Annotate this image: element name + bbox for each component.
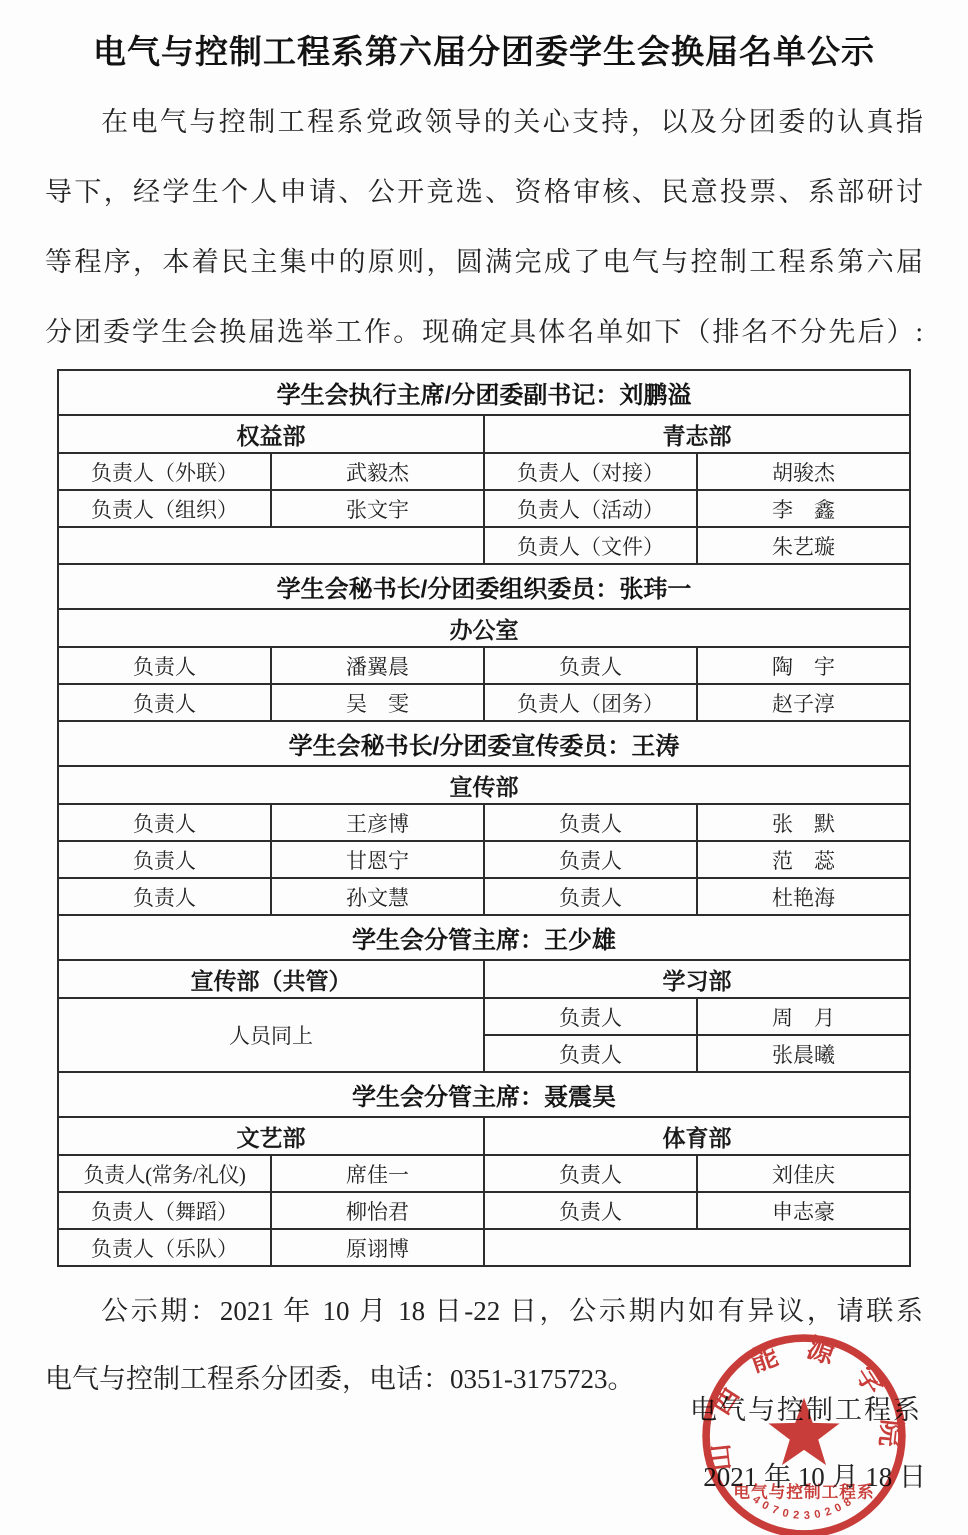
section-title-cell: 学生会秘书长/分团委宣传委员：王涛	[58, 721, 910, 766]
page-title: 电气与控制工程系第六届分团委学生会换届名单公示	[0, 26, 968, 73]
table-cell: 赵子淳	[697, 684, 910, 721]
section-title-cell: 学生会分管主席：聂震昊	[58, 1072, 910, 1117]
table-cell: 负责人（活动）	[484, 490, 697, 527]
table-row: 宣传部（共管） 学习部	[58, 960, 910, 998]
table-cell: 负责人	[484, 878, 697, 915]
table-cell: 陶 宇	[697, 647, 910, 684]
table-cell: 武毅杰	[271, 453, 484, 490]
table-cell: 负责人(常务/礼仪)	[58, 1155, 271, 1192]
dept-header-cell: 权益部	[58, 415, 484, 453]
table-cell: 负责人（乐队）	[58, 1229, 271, 1266]
table-cell: 原诩博	[271, 1229, 484, 1266]
section-title-cell: 学生会执行主席/分团委副书记：刘鹏溢	[58, 370, 910, 415]
star-icon	[768, 1398, 839, 1466]
announcement-page: 电气与控制工程系第六届分团委学生会换届名单公示 在电气与控制工程系党政领导的关心…	[0, 0, 968, 1535]
table-cell: 负责人	[484, 804, 697, 841]
table-cell: 胡骏杰	[697, 453, 910, 490]
table-cell: 张文宇	[271, 490, 484, 527]
roster-table: 学生会执行主席/分团委副书记：刘鹏溢 权益部 青志部 负责人（外联） 武毅杰 负…	[57, 369, 911, 1267]
table-cell: 负责人（对接）	[484, 453, 697, 490]
table-row: 宣传部	[58, 766, 910, 804]
table-cell: 杜艳海	[697, 878, 910, 915]
table-row: 负责人 潘翼晨 负责人 陶 宇	[58, 647, 910, 684]
table-cell: 刘佳庆	[697, 1155, 910, 1192]
table-cell: 甘恩宁	[271, 841, 484, 878]
dept-header-cell: 学习部	[484, 960, 910, 998]
intro-line: 分团委学生会换届选举工作。现确定具体名单如下（排名不分先后）:	[45, 297, 923, 367]
intro-line: 导下，经学生个人申请、公开竞选、资格审核、民意投票、系部研讨	[45, 157, 923, 227]
table-cell: 张 默	[697, 804, 910, 841]
table-row: 文艺部 体育部	[58, 1117, 910, 1155]
table-cell: 潘翼晨	[271, 647, 484, 684]
table-row: 学生会分管主席：王少雄	[58, 915, 910, 960]
table-cell: 负责人	[58, 804, 271, 841]
table-cell: 申志豪	[697, 1192, 910, 1229]
table-cell: 负责人	[484, 1035, 697, 1072]
table-cell: 负责人	[58, 878, 271, 915]
intro-line: 等程序，本着民主集中的原则，圆满完成了电气与控制工程系第六届	[45, 227, 923, 297]
table-row: 负责人（组织） 张文宇 负责人（活动） 李 鑫	[58, 490, 910, 527]
table-row: 负责人（外联） 武毅杰 负责人（对接） 胡骏杰	[58, 453, 910, 490]
table-cell: 柳怡君	[271, 1192, 484, 1229]
table-cell: 孙文慧	[271, 878, 484, 915]
dept-header-cell: 文艺部	[58, 1117, 484, 1155]
intro-line: 在电气与控制工程系党政领导的关心支持，以及分团委的认真指	[45, 87, 923, 157]
table-cell: 负责人	[484, 841, 697, 878]
intro-paragraph: 在电气与控制工程系党政领导的关心支持，以及分团委的认真指 导下，经学生个人申请、…	[45, 87, 923, 367]
table-row: 负责人 孙文慧 负责人 杜艳海	[58, 878, 910, 915]
table-row: 人员同上 负责人 周 月	[58, 998, 910, 1035]
table-row: 权益部 青志部	[58, 415, 910, 453]
table-cell: 负责人	[484, 1155, 697, 1192]
table-row: 负责人(常务/礼仪) 席佳一 负责人 刘佳庆	[58, 1155, 910, 1192]
table-cell: 张晨曦	[697, 1035, 910, 1072]
table-cell: 王彦博	[271, 804, 484, 841]
table-cell: 负责人	[58, 841, 271, 878]
table-row: 负责人 王彦博 负责人 张 默	[58, 804, 910, 841]
dept-header-cell: 办公室	[58, 609, 910, 647]
table-cell: 吴 雯	[271, 684, 484, 721]
dept-header-cell: 宣传部（共管）	[58, 960, 484, 998]
table-cell: 负责人（舞蹈）	[58, 1192, 271, 1229]
table-row: 负责人（乐队） 原诩博	[58, 1229, 910, 1266]
table-row: 负责人（舞蹈） 柳怡君 负责人 申志豪	[58, 1192, 910, 1229]
table-row: 学生会秘书长/分团委宣传委员：王涛	[58, 721, 910, 766]
table-cell: 范 蕊	[697, 841, 910, 878]
table-cell	[58, 527, 484, 564]
table-row: 办公室	[58, 609, 910, 647]
table-cell: 负责人（外联）	[58, 453, 271, 490]
table-cell	[484, 1229, 910, 1266]
table-row: 负责人 吴 雯 负责人（团务） 赵子淳	[58, 684, 910, 721]
official-stamp: 山西能源学院 电气与控制工程系 4070230208	[698, 1330, 910, 1535]
table-cell: 朱艺璇	[697, 527, 910, 564]
table-row: 学生会分管主席：聂震昊	[58, 1072, 910, 1117]
dept-header-cell: 体育部	[484, 1117, 910, 1155]
table-row: 负责人 甘恩宁 负责人 范 蕊	[58, 841, 910, 878]
table-cell: 负责人（文件）	[484, 527, 697, 564]
table-cell: 负责人	[484, 998, 697, 1035]
table-row: 学生会秘书长/分团委组织委员：张玮一	[58, 564, 910, 609]
dept-header-cell: 宣传部	[58, 766, 910, 804]
table-cell: 人员同上	[58, 998, 484, 1072]
table-cell: 负责人（组织）	[58, 490, 271, 527]
table-cell: 负责人	[484, 647, 697, 684]
table-cell: 负责人	[58, 647, 271, 684]
table-cell: 负责人（团务）	[484, 684, 697, 721]
table-cell: 负责人	[58, 684, 271, 721]
table-cell: 负责人	[484, 1192, 697, 1229]
table-cell: 李 鑫	[697, 490, 910, 527]
table-cell: 周 月	[697, 998, 910, 1035]
table-row: 负责人（文件） 朱艺璇	[58, 527, 910, 564]
dept-header-cell: 青志部	[484, 415, 910, 453]
table-row: 学生会执行主席/分团委副书记：刘鹏溢	[58, 370, 910, 415]
table-cell: 席佳一	[271, 1155, 484, 1192]
section-title-cell: 学生会分管主席：王少雄	[58, 915, 910, 960]
section-title-cell: 学生会秘书长/分团委组织委员：张玮一	[58, 564, 910, 609]
